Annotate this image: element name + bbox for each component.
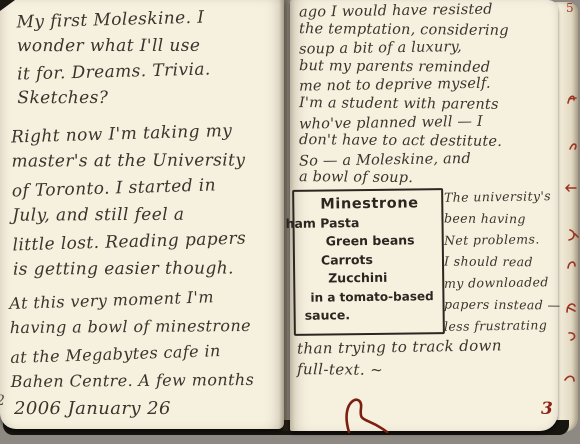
red-ink-mark xyxy=(566,258,578,270)
scan-corner-artifact xyxy=(0,0,15,11)
handwritten-line: Net problems. xyxy=(444,228,556,251)
menu-item: Green beans xyxy=(326,231,442,251)
right-page-number: 3 xyxy=(541,399,553,419)
menu-item: Carrots xyxy=(321,250,442,270)
entry-date: 2006 January 26 xyxy=(14,398,171,419)
handwritten-line: me not to deprive myself. xyxy=(299,75,509,97)
handwritten-line: little lost. Reading papers xyxy=(12,226,247,260)
handwritten-line: I'm a student with parents xyxy=(299,94,509,114)
handwritten-line: full-text. ~ xyxy=(297,358,502,383)
left-page-number-partial: 2 xyxy=(0,393,5,409)
menu-box: Minestrone ham Pasta Green beans Carrots… xyxy=(292,188,445,336)
red-ink-mark xyxy=(565,300,578,314)
left-paragraph-1: My first Moleskine. I wonder what I'll u… xyxy=(16,6,211,112)
handwritten-line: it for. Dreams. Trivia. xyxy=(17,56,211,87)
left-paragraph-3: At this very moment I'm having a bowl of… xyxy=(9,284,254,396)
handwritten-line: don't have to act destitute. xyxy=(299,131,509,151)
handwritten-line: of Toronto. I started in xyxy=(11,172,246,206)
red-ink-mark xyxy=(567,228,579,242)
menu-item: in a tomato-based xyxy=(310,287,442,307)
handwritten-line: My first Moleskine. I xyxy=(16,4,210,35)
right-side-column: The university's been having Net problem… xyxy=(444,186,556,337)
menu-item: ham Pasta xyxy=(285,213,441,233)
handwritten-line: July, and still feel a xyxy=(12,201,246,229)
edge-page-mark: 5 xyxy=(566,1,574,15)
handwritten-line: soup a bit of a luxury, xyxy=(299,38,509,60)
red-ink-mark xyxy=(568,140,580,152)
handwritten-line: is getting easier though. xyxy=(13,255,247,283)
handwritten-line: wonder what I'll use xyxy=(17,33,211,59)
menu-item: Zucchini xyxy=(328,268,442,288)
handwritten-line: I should read xyxy=(444,250,556,272)
handwritten-line: Sketches? xyxy=(17,85,211,111)
handwritten-line: Bahen Centre. A few months xyxy=(11,366,255,395)
handwritten-line: papers instead — xyxy=(444,293,556,315)
handwritten-line: been having xyxy=(444,207,556,229)
red-ink-squiggle xyxy=(337,391,399,437)
handwritten-line: ago I would have resisted xyxy=(299,0,509,22)
red-ink-mark xyxy=(567,330,579,342)
right-bottom-lines: than trying to track down full-text. ~ xyxy=(297,336,502,382)
menu-item: sauce. xyxy=(305,305,443,325)
red-ink-mark xyxy=(564,183,578,193)
menu-box-title: Minestrone xyxy=(320,194,441,214)
handwritten-line: my downloaded xyxy=(444,271,556,294)
handwritten-line: than trying to track down xyxy=(297,334,502,360)
handwritten-line: The university's xyxy=(444,185,556,208)
red-ink-mark xyxy=(563,372,577,384)
handwritten-line: master's at the University xyxy=(11,147,245,175)
left-paragraph-2: Right now I'm taking my master's at the … xyxy=(11,119,247,284)
red-ink-mark xyxy=(566,92,578,106)
right-paragraph-1: ago I would have resisted the temptation… xyxy=(299,2,509,188)
handwritten-line: Right now I'm taking my xyxy=(11,118,246,152)
